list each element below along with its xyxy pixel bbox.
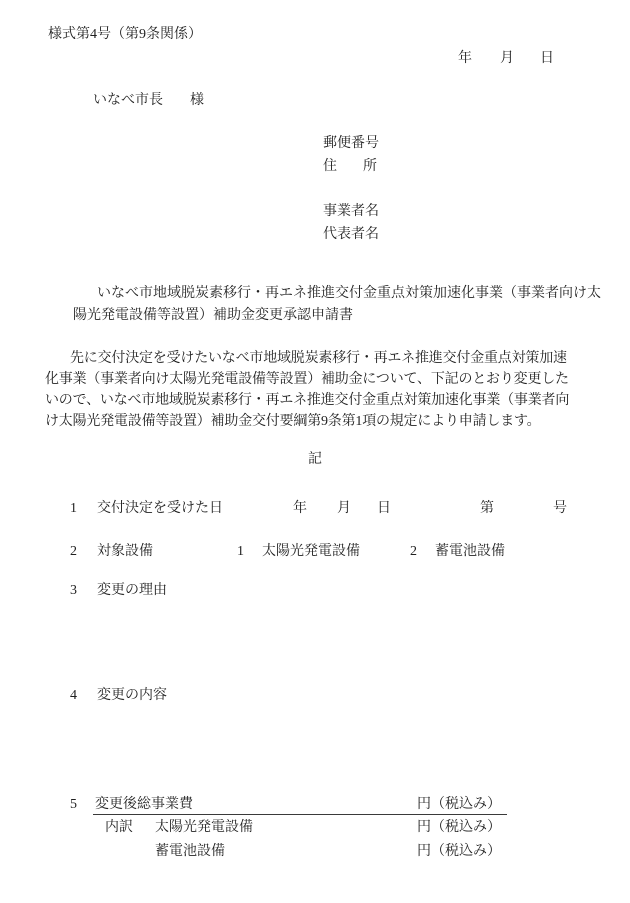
equipment-option-1-label: 太陽光発電設備	[262, 544, 360, 559]
document-title-line: 陽光発電設備等設置）補助金変更承認申請書	[73, 305, 613, 327]
decision-date-month-label: 月	[337, 501, 351, 516]
item-3-label: 変更の理由	[97, 583, 167, 598]
document-page: 様式第4号（第9条関係） 年 月 日 いなべ市長 様 郵便番号 住 所 事業者名…	[0, 0, 630, 903]
issue-date-year-label: 年	[458, 51, 472, 66]
postal-code-label: 郵便番号	[323, 136, 379, 151]
body-paragraph: 先に交付決定を受けたいなべ市地域脱炭素移行・再エネ推進交付金重点対策加速 化事業…	[45, 348, 605, 432]
item-2-number: 2	[70, 544, 77, 559]
breakdown-label: 内訳	[105, 820, 133, 835]
equipment-option-2-label: 蓄電池設備	[435, 544, 505, 559]
item-1-label: 交付決定を受けた日	[97, 501, 223, 516]
document-number-prefix: 第	[480, 501, 494, 516]
breakdown-item-label: 蓄電池設備	[155, 844, 225, 859]
issue-date-day-label: 日	[540, 51, 554, 66]
address-label: 住 所	[323, 159, 377, 174]
address-label-first-char: 住	[323, 159, 337, 174]
document-title-line: いなべ市地域脱炭素移行・再エネ推進交付金重点対策加速化事業（事業者向け太	[73, 283, 613, 305]
breakdown-item-label: 太陽光発電設備	[155, 820, 253, 835]
document-number-suffix: 号	[553, 501, 567, 516]
breakdown-row: 蓄電池設備 円（税込み）	[0, 844, 630, 861]
total-cost-unit-label: 円（税込み）	[417, 797, 501, 812]
document-title: いなべ市地域脱炭素移行・再エネ推進交付金重点対策加速化事業（事業者向け太 陽光発…	[73, 283, 613, 326]
item-5-row: 5 変更後総事業費 円（税込み）	[0, 797, 630, 814]
item-4-label: 変更の内容	[97, 688, 167, 703]
body-line: いので、いなべ市地域脱炭素移行・再エネ推進交付金重点対策加速化事業（事業者向	[45, 390, 605, 411]
item-5-number: 5	[70, 797, 77, 812]
decision-date-year-label: 年	[293, 501, 307, 516]
representative-name-label: 代表者名	[323, 227, 379, 242]
breakdown-unit-label: 円（税込み）	[417, 820, 501, 835]
item-5-label: 変更後総事業費	[95, 797, 193, 812]
issue-date-month-label: 月	[500, 51, 514, 66]
form-number: 様式第4号（第9条関係）	[48, 27, 202, 42]
item-1-number: 1	[70, 501, 77, 516]
item-3-number: 3	[70, 583, 77, 598]
addressee-name: いなべ市長	[93, 93, 163, 108]
address-label-last-char: 所	[363, 159, 377, 174]
item-2-row: 2 対象設備 1 太陽光発電設備 2 蓄電池設備	[0, 544, 630, 561]
addressee-honorific: 様	[190, 93, 204, 108]
record-heading: 記	[0, 452, 630, 467]
breakdown-unit-label: 円（税込み）	[417, 844, 501, 859]
item-2-label: 対象設備	[97, 544, 153, 559]
equipment-option-2-number: 2	[410, 544, 417, 559]
item-4-row: 4 変更の内容	[0, 688, 630, 705]
business-name-label: 事業者名	[323, 204, 379, 219]
item-1-row: 1 交付決定を受けた日 年 月 日 第 号	[0, 501, 630, 518]
equipment-option-1-number: 1	[237, 544, 244, 559]
body-line: け太陽光発電設備等設置）補助金交付要綱第9条第1項の規定により申請します。	[45, 411, 605, 432]
addressee-line: いなべ市長 様	[93, 93, 163, 108]
total-cost-underline: 変更後総事業費 円（税込み）	[93, 796, 507, 815]
breakdown-row: 内訳 太陽光発電設備 円（税込み）	[0, 820, 630, 837]
body-line: 化事業（事業者向け太陽光発電設備等設置）補助金について、下記のとおり変更した	[45, 369, 605, 390]
item-4-number: 4	[70, 688, 77, 703]
body-line: 先に交付決定を受けたいなべ市地域脱炭素移行・再エネ推進交付金重点対策加速	[45, 348, 605, 369]
decision-date-day-label: 日	[377, 501, 391, 516]
item-3-row: 3 変更の理由	[0, 583, 630, 600]
